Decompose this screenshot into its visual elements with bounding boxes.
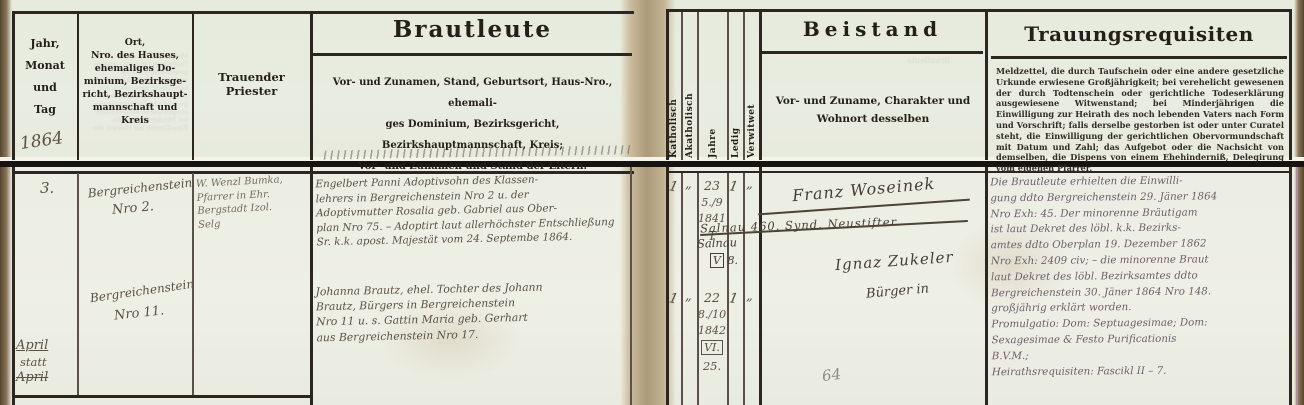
- right-header-divider-akath: [697, 12, 699, 160]
- beistand-title: Beistand: [762, 17, 983, 41]
- bride-birth-day: 8./10: [697, 308, 727, 321]
- priest-name: W. Wenzl Bumka, Pfarrer in Ehr. Bergstad…: [196, 172, 311, 232]
- bleed-through-text: Meldzettel, die durch Taufschein oder ei…: [86, 52, 188, 130]
- groom-ref-page: 8.: [727, 254, 738, 267]
- bride-akatholisch-ditto: „: [685, 289, 692, 304]
- rotated-label-katholisch: Katholisch: [668, 12, 681, 158]
- entry-number: 3.: [40, 179, 54, 197]
- brautleute-description: Vor- und Zunamen, Stand, Geburtsort, Hau…: [316, 72, 629, 177]
- bride-description: Johanna Brautz, ehel. Tochter des Johann…: [315, 278, 634, 345]
- right-body-divider-requisiten: [985, 167, 988, 405]
- bride-age: 22: [697, 290, 727, 305]
- right-header-divider-kath: [681, 12, 683, 160]
- groom-birth-day: 5./9: [697, 196, 727, 209]
- right-body-divider-jahre: [727, 173, 729, 405]
- groom-age: 23: [697, 178, 727, 193]
- requisiten-title: Trauungsrequisiten: [989, 22, 1289, 46]
- right-header-divider-requisiten: [985, 9, 988, 160]
- bride-birth-year: 1842: [697, 324, 727, 337]
- groom-description: Engelbert Panni Adoptivsohn des Klassen-…: [315, 171, 634, 251]
- column-header-date: Jahr, Monat und Tag: [13, 33, 77, 121]
- requisiten-entry-text: Die Brautleute erhielten die Einwilli- g…: [990, 173, 1292, 381]
- groom-ref-volume: V: [710, 253, 724, 268]
- right-body-divider-kath: [681, 173, 683, 405]
- rotated-label-ledig: Ledig: [730, 12, 743, 158]
- right-body-left-border: [666, 167, 669, 405]
- bride-book-volume: VI.: [701, 340, 723, 355]
- bride-book-page: 25.: [697, 359, 727, 373]
- groom-verwitwet-ditto: „: [746, 177, 753, 192]
- register-scan: Jahr, Monat und Tag 1864 Ort, Nro. des H…: [0, 0, 1304, 405]
- bride-verwitwet-ditto: „: [746, 289, 753, 304]
- month-struck: April: [16, 370, 48, 385]
- left-body-left-border: [12, 167, 15, 405]
- column-header-priest: Trauender Priester: [194, 70, 309, 98]
- right-header-divider-jahre: [727, 12, 729, 160]
- rotated-label-verwitwet: Verwitwet: [746, 12, 759, 158]
- left-body-divider-1: [77, 173, 79, 397]
- rotated-label-jahre: Jahre: [703, 12, 723, 158]
- brautleute-underline: [313, 53, 632, 56]
- right-body-divider-ledig: [743, 173, 745, 405]
- right-header-divider-ledig: [743, 12, 745, 160]
- left-body-divider-3: [310, 167, 313, 405]
- month-corrected: April: [16, 338, 48, 353]
- brautleute-title: Brautleute: [313, 16, 632, 43]
- month-statt: statt: [20, 355, 48, 369]
- right-header-right-border: [1289, 9, 1292, 160]
- page-edge-rule: [1296, 167, 1298, 405]
- right-body-divider-verw: [759, 167, 762, 405]
- groom-ref-place: Salnau: [697, 235, 738, 250]
- pencil-number: 64: [821, 365, 842, 385]
- groom-akatholisch-ditto: „: [685, 177, 692, 192]
- beistand-underline: [762, 51, 983, 54]
- bleed-through-text: Brautleute: [800, 56, 950, 86]
- rotated-label-akatholisch: Akatholisch: [684, 12, 697, 158]
- left-page-edge: [0, 0, 12, 405]
- left-header-divider-1: [77, 13, 79, 160]
- beistand-description: Vor- und Zuname, Charakter und Wohnort d…: [766, 92, 980, 128]
- requisiten-underline: [991, 56, 1287, 59]
- requisiten-fine-print: Meldzettel, die durch Taufschein oder ei…: [996, 66, 1284, 174]
- left-header-top-border: [12, 11, 634, 14]
- left-body-bottom-border: [12, 395, 312, 398]
